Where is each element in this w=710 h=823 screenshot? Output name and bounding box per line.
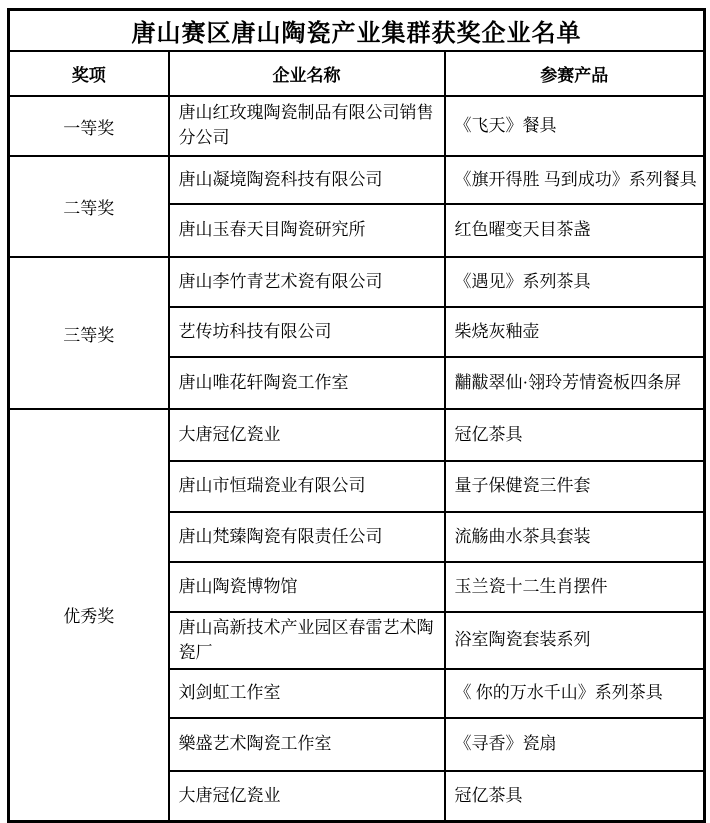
product-cell: 《遇见》系列茶具 (445, 257, 705, 307)
column-header-product: 参赛产品 (445, 51, 705, 96)
company-cell: 唐山红玫瑰陶瓷制品有限公司销售分公司 (169, 96, 445, 156)
header-row: 奖项 企业名称 参赛产品 (9, 51, 705, 96)
product-cell: 红色曜变天目茶盏 (445, 204, 705, 257)
page-title: 唐山赛区唐山陶瓷产业集群获奖企业名单 (9, 10, 705, 52)
award-cell: 一等奖 (9, 96, 169, 156)
table-body: 一等奖唐山红玫瑰陶瓷制品有限公司销售分公司《飞天》餐具二等奖唐山凝境陶瓷科技有限… (9, 96, 705, 821)
product-cell: 《 你的万水千山》系列茶具 (445, 669, 705, 718)
company-cell: 唐山高新技术产业园区春雷艺术陶瓷厂 (169, 612, 445, 669)
company-cell: 唐山梵臻陶瓷有限责任公司 (169, 512, 445, 562)
company-cell: 唐山唯花轩陶瓷工作室 (169, 357, 445, 409)
product-cell: 柴烧灰釉壶 (445, 307, 705, 357)
column-header-company: 企业名称 (169, 51, 445, 96)
company-cell: 唐山市恒瑞瓷业有限公司 (169, 461, 445, 512)
product-cell: 量子保健瓷三件套 (445, 461, 705, 512)
title-row: 唐山赛区唐山陶瓷产业集群获奖企业名单 (9, 10, 705, 52)
product-cell: 《旗开得胜 马到成功》系列餐具 (445, 156, 705, 204)
product-cell: 《寻香》瓷扇 (445, 718, 705, 771)
company-cell: 唐山玉春天目陶瓷研究所 (169, 204, 445, 257)
company-cell: 刘剑虹工作室 (169, 669, 445, 718)
award-cell: 二等奖 (9, 156, 169, 257)
company-cell: 大唐冠亿瓷业 (169, 771, 445, 821)
product-cell: 冠亿茶具 (445, 409, 705, 461)
award-cell: 优秀奖 (9, 409, 169, 821)
company-cell: 大唐冠亿瓷业 (169, 409, 445, 461)
company-cell: 唐山陶瓷博物馆 (169, 562, 445, 612)
table-row: 二等奖唐山凝境陶瓷科技有限公司《旗开得胜 马到成功》系列餐具 (9, 156, 705, 204)
company-cell: 樂盛艺术陶瓷工作室 (169, 718, 445, 771)
award-cell: 三等奖 (9, 257, 169, 409)
product-cell: 浴室陶瓷套装系列 (445, 612, 705, 669)
awards-table: 唐山赛区唐山陶瓷产业集群获奖企业名单 奖项 企业名称 参赛产品 一等奖唐山红玫瑰… (7, 8, 706, 823)
product-cell: 黼黻翠仙·翎玲芳情瓷板四条屏 (445, 357, 705, 409)
company-cell: 唐山李竹青艺术瓷有限公司 (169, 257, 445, 307)
product-cell: 流觞曲水茶具套装 (445, 512, 705, 562)
column-header-award: 奖项 (9, 51, 169, 96)
company-cell: 艺传坊科技有限公司 (169, 307, 445, 357)
table-row: 三等奖唐山李竹青艺术瓷有限公司《遇见》系列茶具 (9, 257, 705, 307)
company-cell: 唐山凝境陶瓷科技有限公司 (169, 156, 445, 204)
table-row: 一等奖唐山红玫瑰陶瓷制品有限公司销售分公司《飞天》餐具 (9, 96, 705, 156)
product-cell: 《飞天》餐具 (445, 96, 705, 156)
document-page: 唐山赛区唐山陶瓷产业集群获奖企业名单 奖项 企业名称 参赛产品 一等奖唐山红玫瑰… (0, 0, 710, 821)
table-row: 优秀奖大唐冠亿瓷业冠亿茶具 (9, 409, 705, 461)
product-cell: 玉兰瓷十二生肖摆件 (445, 562, 705, 612)
product-cell: 冠亿茶具 (445, 771, 705, 821)
